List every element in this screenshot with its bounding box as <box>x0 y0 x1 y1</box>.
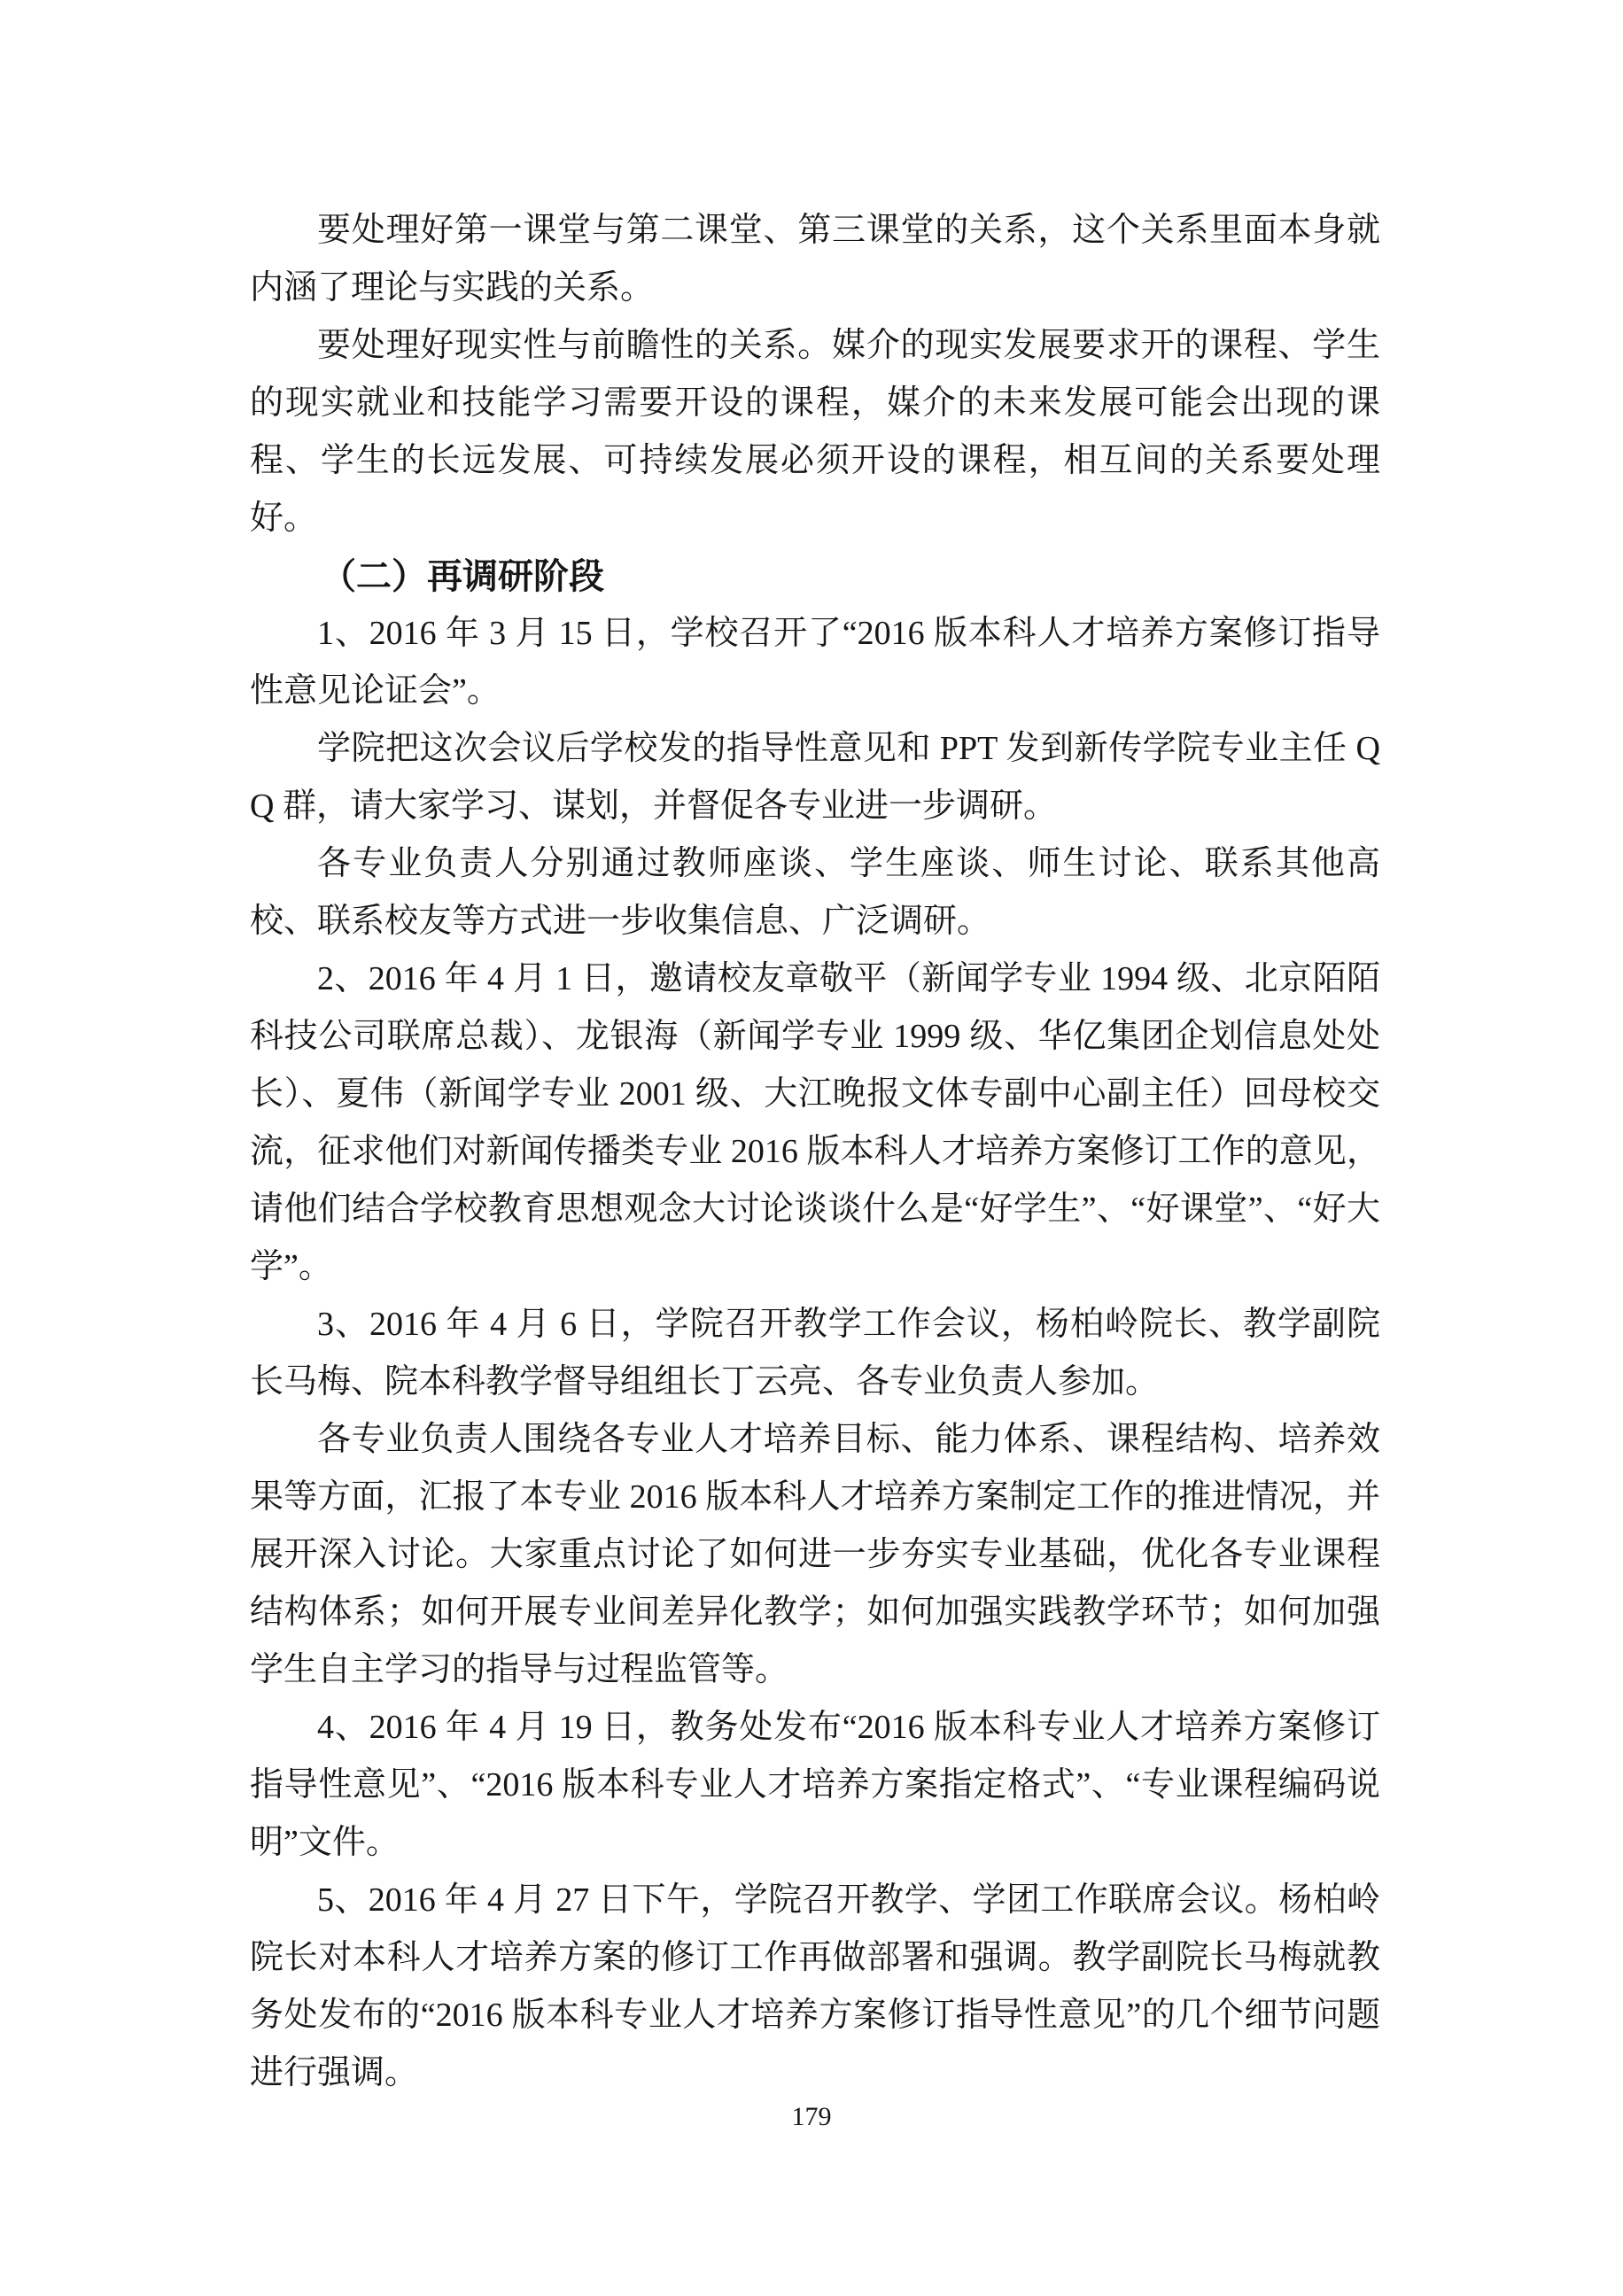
paragraph: 各专业负责人围绕各专业人才培养目标、能力体系、课程结构、培养效果等方面，汇报了本… <box>250 1411 1380 1699</box>
paragraph: 3、2016 年 4 月 6 日，学院召开教学工作会议，杨柏岭院长、教学副院长马… <box>250 1296 1380 1411</box>
page-content: 要处理好第一课堂与第二课堂、第三课堂的关系，这个关系里面本身就内涵了理论与实践的… <box>250 202 1380 2106</box>
paragraph: 要处理好现实性与前瞻性的关系。媒介的现实发展要求开的课程、学生的现实就业和技能学… <box>250 317 1380 547</box>
paragraph: 学院把这次会议后学校发的指导性意见和 PPT 发到新传学院专业主任 QQ 群，请… <box>250 720 1380 835</box>
paragraph: 1、2016 年 3 月 15 日，学校召开了“2016 版本科人才培养方案修订… <box>250 605 1380 720</box>
paragraph: 4、2016 年 4 月 19 日，教务处发布“2016 版本科专业人才培养方案… <box>250 1699 1380 1872</box>
paragraph: 各专业负责人分别通过教师座谈、学生座谈、师生讨论、联系其他高校、联系校友等方式进… <box>250 835 1380 950</box>
document-page: 要处理好第一课堂与第二课堂、第三课堂的关系，这个关系里面本身就内涵了理论与实践的… <box>0 0 1623 2296</box>
page-number: 179 <box>0 2098 1623 2137</box>
section-heading: （二）再调研阶段 <box>250 547 1380 605</box>
paragraph: 要处理好第一课堂与第二课堂、第三课堂的关系，这个关系里面本身就内涵了理论与实践的… <box>250 202 1380 317</box>
paragraph: 2、2016 年 4 月 1 日，邀请校友章敬平（新闻学专业 1994 级、北京… <box>250 950 1380 1296</box>
paragraph: 5、2016 年 4 月 27 日下午，学院召开教学、学团工作联席会议。杨柏岭院… <box>250 1872 1380 2102</box>
